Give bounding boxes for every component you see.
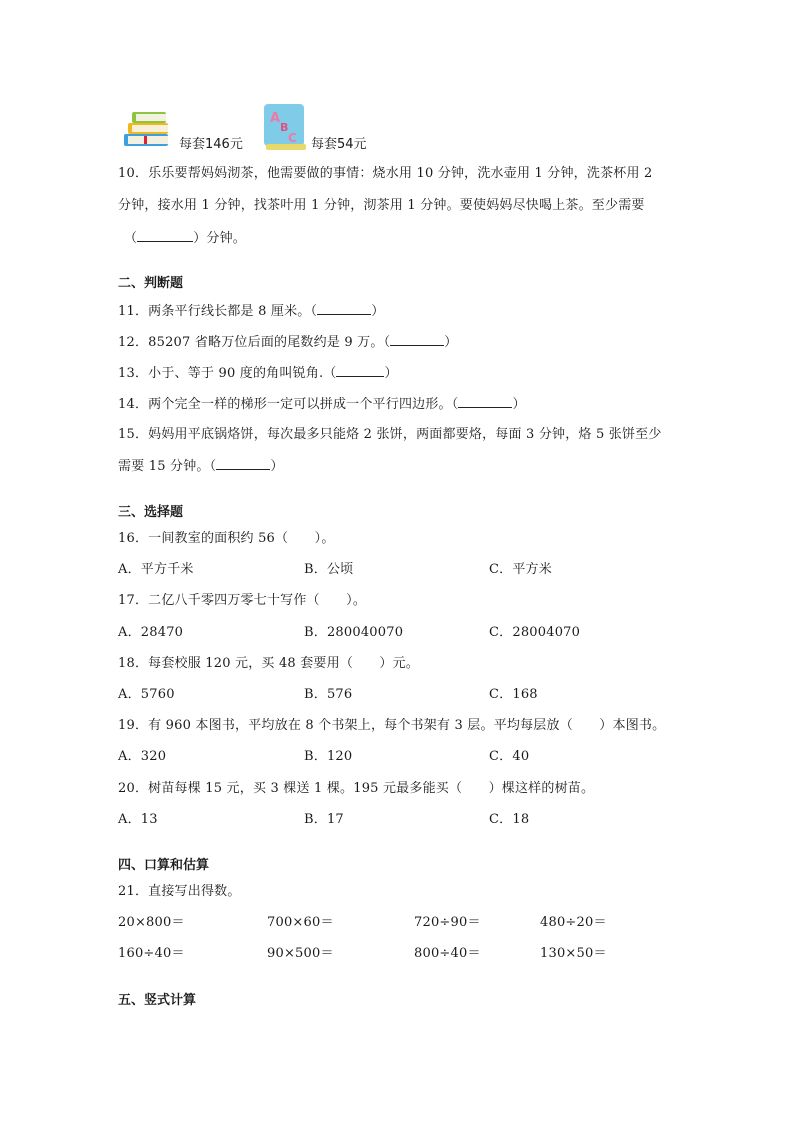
question-17-option-a[interactable]: A．28470 bbox=[118, 624, 183, 642]
question-19-option-b[interactable]: B．120 bbox=[304, 748, 352, 766]
calc-item: 800÷40＝ bbox=[414, 945, 481, 963]
question-16-option-a[interactable]: A．平方千米 bbox=[118, 561, 194, 579]
question-18-stem: 18．每套校服 120 元，买 48 套要用（ ）元。 bbox=[118, 655, 419, 673]
worksheet-page: 每套146元 A B C 每套54元 10．乐乐要帮妈妈沏茶，他需要做的事情：烧… bbox=[0, 0, 793, 1122]
answer-blank-11[interactable] bbox=[317, 302, 371, 315]
section-title-choice: 三、选择题 bbox=[118, 504, 183, 522]
answer-blank-13[interactable] bbox=[336, 364, 384, 377]
calc-item: 20×800＝ bbox=[118, 914, 185, 932]
price-label-books: 每套146元 bbox=[179, 133, 243, 152]
question-15-line-1: 15．妈妈用平底锅烙饼，每次最多只能烙 2 张饼，两面都要烙，每面 3 分钟，烙… bbox=[118, 426, 662, 444]
question-19-option-a[interactable]: A．320 bbox=[118, 748, 166, 766]
question-20-option-a[interactable]: A．13 bbox=[118, 811, 158, 829]
calc-item: 130×50＝ bbox=[540, 945, 607, 963]
section-title-mental-math: 四、口算和估算 bbox=[118, 857, 209, 875]
question-20-option-b[interactable]: B．17 bbox=[304, 811, 344, 829]
answer-blank-15[interactable] bbox=[216, 457, 270, 470]
question-17-stem: 17．二亿八千零四万零七十写作（ ）。 bbox=[118, 592, 366, 610]
question-16-stem: 16．一间教室的面积约 56（ ）。 bbox=[118, 530, 335, 548]
question-16-option-b[interactable]: B．公顷 bbox=[304, 561, 353, 579]
question-17-option-b[interactable]: B．280040070 bbox=[304, 624, 403, 642]
section-title-judgement: 二、判断题 bbox=[118, 275, 183, 293]
calc-item: 90×500＝ bbox=[267, 945, 334, 963]
answer-blank-14[interactable] bbox=[458, 395, 512, 408]
question-10-line-2: 分钟，接水用 1 分钟，找茶叶用 1 分钟，沏茶用 1 分钟。要使妈妈尽快喝上茶… bbox=[118, 197, 645, 215]
calc-item: 700×60＝ bbox=[267, 914, 334, 932]
calc-item: 160÷40＝ bbox=[118, 945, 185, 963]
calc-item: 480÷20＝ bbox=[540, 914, 607, 932]
question-18-option-a[interactable]: A．5760 bbox=[118, 686, 175, 704]
question-11: 11．两条平行线长都是 8 厘米。（） bbox=[118, 302, 384, 321]
svg-text:A: A bbox=[270, 111, 280, 126]
svg-text:C: C bbox=[288, 131, 297, 145]
question-18-option-b[interactable]: B．576 bbox=[304, 686, 352, 704]
question-13: 13．小于、等于 90 度的角叫锐角.（） bbox=[118, 364, 398, 383]
calc-item: 720÷90＝ bbox=[414, 914, 481, 932]
price-label-abc: 每套54元 bbox=[311, 133, 367, 152]
question-21-stem: 21．直接写出得数。 bbox=[118, 883, 241, 901]
question-20-stem: 20．树苗每棵 15 元，买 3 棵送 1 棵。195 元最多能买（ ）棵这样的… bbox=[118, 780, 594, 798]
question-20-option-c[interactable]: C．18 bbox=[489, 811, 529, 829]
question-15-line-2: 需要 15 分钟。（） bbox=[118, 457, 284, 476]
answer-blank-10[interactable] bbox=[137, 229, 193, 242]
answer-blank-12[interactable] bbox=[390, 333, 444, 346]
stacked-books-icon bbox=[120, 108, 176, 150]
abc-book-icon: A B C bbox=[262, 102, 308, 152]
question-19-option-c[interactable]: C．40 bbox=[489, 748, 529, 766]
question-10-line-3: （）分钟。 bbox=[124, 229, 246, 248]
question-12: 12．85207 省略万位后面的尾数约是 9 万。（） bbox=[118, 333, 457, 352]
question-10-line-1: 10．乐乐要帮妈妈沏茶，他需要做的事情：烧水用 10 分钟，洗水壶用 1 分钟，… bbox=[118, 165, 653, 183]
question-16-option-c[interactable]: C．平方米 bbox=[489, 561, 552, 579]
question-19-stem: 19．有 960 本图书，平均放在 8 个书架上，每个书架有 3 层。平均每层放… bbox=[118, 717, 665, 735]
question-17-option-c[interactable]: C．28004070 bbox=[489, 624, 580, 642]
section-title-vertical-calc: 五、竖式计算 bbox=[118, 992, 196, 1010]
question-14: 14．两个完全一样的梯形一定可以拼成一个平行四边形。（） bbox=[118, 395, 526, 414]
question-18-option-c[interactable]: C．168 bbox=[489, 686, 538, 704]
